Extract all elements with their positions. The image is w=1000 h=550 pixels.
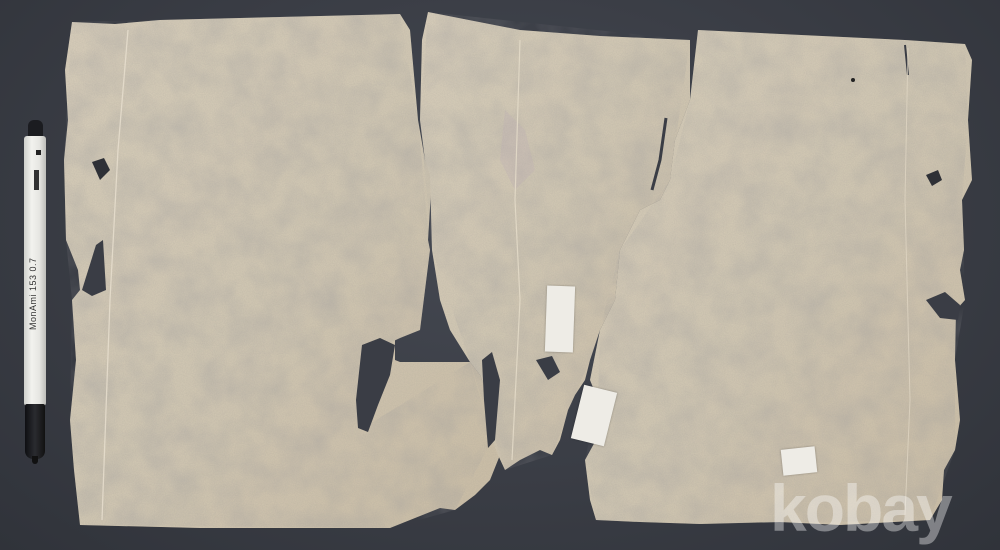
pen-brand-label: MonAmi 153 0.7 — [28, 220, 38, 330]
watermark-logo: kobay — [770, 470, 951, 546]
pen-tip-grip — [25, 404, 45, 459]
pen-clip-hole — [36, 150, 41, 155]
pen-point — [32, 456, 38, 464]
photo-scene: MonAmi 153 0.7 kobay — [0, 0, 1000, 550]
paper-sheets — [0, 0, 1000, 550]
pen-clip-slot — [34, 170, 39, 190]
ballpoint-pen: MonAmi 153 0.7 — [22, 120, 48, 465]
tape-strip-1 — [545, 286, 575, 353]
